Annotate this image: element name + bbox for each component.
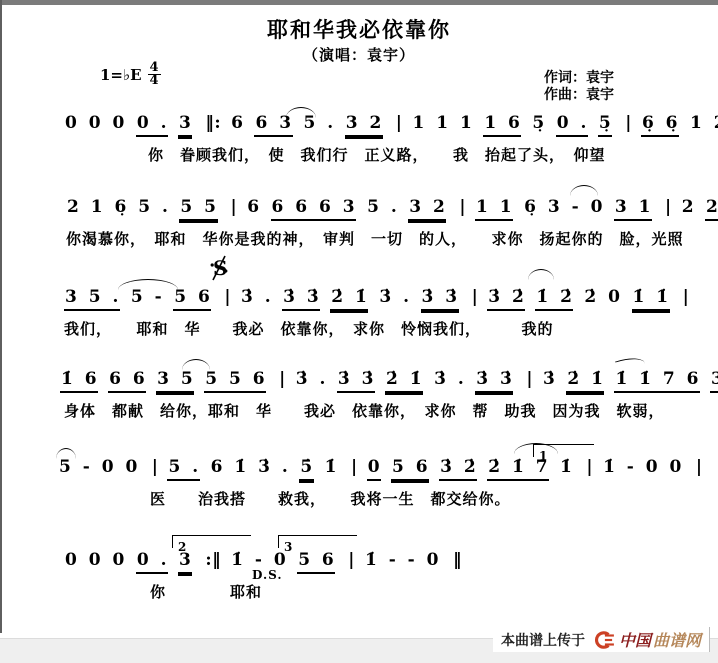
slur-arc: [286, 107, 316, 118]
note-group: 0 .: [136, 113, 168, 137]
barline: :‖: [204, 550, 222, 572]
note-group: 5 6: [391, 457, 429, 481]
note-group: 3̇: [542, 369, 556, 391]
note-group: 2 2: [705, 197, 718, 221]
time-signature: 4 4: [148, 62, 161, 87]
window-left-border: [0, 0, 2, 633]
barline: |: [278, 369, 287, 391]
note-group: 5 -: [130, 287, 163, 309]
barline: |: [230, 197, 239, 219]
music-system: 3 5 .5 -5 6|3̇ .3̇ 3̇2̇ 1̇3̇ .3̇ 3̇|3̇ 2…: [64, 287, 698, 339]
composer-credit: 作曲：袁宇: [544, 87, 614, 104]
note-group: 3̇ .: [240, 287, 272, 309]
note-group: 5 6: [173, 287, 211, 311]
note-group: 6 1̇ 3̇ .: [210, 457, 290, 479]
barline: ‖: [452, 550, 463, 572]
note-group: 3 2: [345, 113, 383, 137]
slur-arc: [570, 185, 598, 196]
barline: |: [585, 457, 594, 479]
note-group: 3̇ 2̇: [487, 287, 525, 311]
note-group: 2̇ 1̇ 7: [487, 457, 549, 481]
note-group: 3̇ 3̇: [282, 287, 320, 311]
note-group: 3̇ 3̇: [421, 287, 459, 311]
note-group: 0: [367, 457, 381, 481]
notes-line: 0 0 00 .3‖:66 35 .3 2|1 1 11 65̣0 .5̣|6̣…: [64, 113, 718, 137]
lyrics-line: 你渴慕你， 耶和 华你是我的神， 审判 一切 的人， 求你 扬起你的 脸，光照: [66, 228, 718, 249]
barline: |: [525, 369, 534, 391]
note-group: 5̣: [598, 113, 612, 137]
music-system: 0 0 00 .3‖:66 35 .3 2|1 1 11 65̣0 .5̣|6̣…: [64, 113, 718, 165]
note-group: 1 2 .: [689, 113, 718, 135]
music-system: 1 5 - 0 0|5 .6 1̇ 3̇ .5̇1̇|05 63̇ 2̇2̇ 1…: [58, 457, 712, 509]
note-group: 3̇ .: [433, 369, 465, 391]
music-system: 2 1 6̣ 5 .5 5|66 6 6 35 .3 2|1 16̣ 3 - 0…: [66, 197, 718, 249]
note-group: 3̇ 3̇: [337, 369, 375, 393]
note-group: 5 6: [297, 550, 335, 574]
note-group: 3 5 .: [64, 287, 120, 311]
note-group: 2̇ 1̇: [330, 287, 368, 311]
note-group: 5 .: [167, 457, 199, 481]
tie-arc: [118, 279, 178, 290]
barline: |: [458, 197, 467, 219]
barline: |: [624, 113, 633, 135]
lyrics-line: 医 治我搭 救我， 我将一生 都交给你。: [150, 488, 712, 509]
site-logo-icon: [593, 631, 615, 649]
window-top-border: [0, 0, 718, 5]
ds-marking: D.S.: [252, 568, 283, 582]
note-group: 6: [230, 113, 244, 135]
note-group: 3̇ .: [295, 369, 327, 391]
note-group: 5 5 6: [204, 369, 266, 393]
note-group: 3: [178, 550, 192, 574]
notes-line: 5 - 0 0|5 .6 1̇ 3̇ .5̇1̇|05 63̇ 2̇2̇ 1̇ …: [58, 457, 712, 481]
note-group: 1̇ 1̇: [632, 287, 670, 311]
barline: |: [695, 457, 704, 479]
lyrics-line: 你 眷顾我们， 使 我们行 正义路， 我 抬起了头， 仰望: [148, 144, 718, 165]
note-group: 2̇ 1̇: [385, 369, 423, 393]
slur-arc: [528, 269, 554, 280]
upload-note: 本曲谱上传于: [501, 630, 585, 650]
note-group: 6̣ 6̣: [641, 113, 679, 137]
volta-bracket-3: 3: [278, 535, 357, 548]
note-group: 1̇ 1̇ 7 6: [614, 369, 700, 393]
site-name: 中国曲谱网: [619, 628, 701, 651]
barline: |: [223, 287, 232, 309]
barline: |: [151, 457, 160, 479]
note-group: 5̇: [299, 457, 313, 481]
note-group: 1̇: [559, 457, 573, 479]
tie-arc: [56, 448, 76, 459]
note-group: 2̇ 1̇: [566, 369, 604, 393]
volta-bracket-2: 2: [172, 535, 251, 548]
barline: |: [664, 197, 673, 219]
note-group: 1 1 1: [411, 113, 473, 135]
note-group: 6 6: [108, 369, 146, 393]
note-group: 0 0 0: [64, 113, 126, 135]
note-group: 1̇ 6: [60, 369, 98, 393]
note-group: 0 0 0: [64, 550, 126, 572]
notes-line: 3 5 .5 -5 6|3̇ .3̇ 3̇2̇ 1̇3̇ .3̇ 3̇|3̇ 2…: [64, 287, 698, 311]
segno-icon: S: [209, 254, 229, 282]
note-group: 1 6: [483, 113, 521, 137]
sheet-music-page: { "header": { "title": "耶和华我必依靠你", "subt…: [0, 0, 718, 663]
key-signature: 1=♭E 4 4: [100, 62, 161, 87]
note-group: 5 - 0 0: [58, 457, 139, 479]
note-group: 0 .: [556, 113, 588, 137]
note-group: 0 .: [136, 550, 168, 574]
note-group: 1̇ 2̇: [535, 287, 573, 311]
lyrics-line: 我们， 耶和 华 我必 依靠你， 求你 怜悯我们， 我的: [64, 318, 698, 339]
barline: ‖:: [204, 113, 222, 135]
note-group: 1̇ - - 0: [364, 550, 440, 572]
slur-arc: [182, 359, 210, 370]
note-group: 3 5: [710, 369, 718, 393]
page-title: 耶和华我必依靠你: [0, 14, 718, 44]
note-group: 1̇ - 0 0: [602, 457, 683, 479]
note-group: 6̣ 3 - 0: [523, 197, 604, 219]
barline: |: [471, 287, 480, 309]
note-group: 1̇: [324, 457, 338, 479]
note-group: 5 5: [179, 197, 217, 221]
notes-line: 2 1 6̣ 5 .5 5|66 6 6 35 .3 2|1 16̣ 3 - 0…: [66, 197, 718, 221]
note-group: 3 2: [408, 197, 446, 221]
note-group: 5 .: [366, 197, 398, 219]
note-group: 3: [178, 113, 192, 137]
note-group: 5̣: [531, 113, 545, 135]
lyrics-line: 身体 都献 给你，耶和 华 我必 依靠你， 求你 帮 助我 因为我 软弱，: [64, 400, 718, 421]
note-group: 2 1 6̣ 5 .: [66, 197, 169, 219]
note-group: 6: [246, 197, 260, 219]
note-group: 3 1: [614, 197, 652, 221]
note-group: 3̇ .: [378, 287, 410, 309]
music-system: 1̇ 66 63 55 5 6|3̇ .3̇ 3̇2̇ 1̇3̇ .3̇ 3̇|…: [60, 369, 718, 421]
watermark-bar: 本曲谱上传于 中国曲谱网: [493, 627, 710, 652]
lyrics-line: 你 耶和: [150, 581, 471, 602]
note-group: 2: [681, 197, 695, 219]
note-group: 3̇ 2̇: [439, 457, 477, 481]
barline: |: [395, 113, 404, 135]
credits-block: 作词：袁宇 作曲：袁宇: [544, 70, 614, 104]
barline: |: [347, 550, 356, 572]
note-group: 3̇ 3̇: [475, 369, 513, 393]
notes-line: 1̇ 66 63 55 5 6|3̇ .3̇ 3̇2̇ 1̇3̇ .3̇ 3̇|…: [60, 369, 718, 393]
note-group: 2̇ 0: [583, 287, 621, 309]
note-group: 6 6 6 3: [271, 197, 357, 221]
key-text: 1=♭E: [100, 66, 142, 84]
barline: |: [682, 287, 691, 309]
lyricist-credit: 作词：袁宇: [544, 70, 614, 87]
note-group: 1 1: [475, 197, 513, 221]
note-group: 3 5: [156, 369, 194, 393]
barline: |: [350, 457, 359, 479]
